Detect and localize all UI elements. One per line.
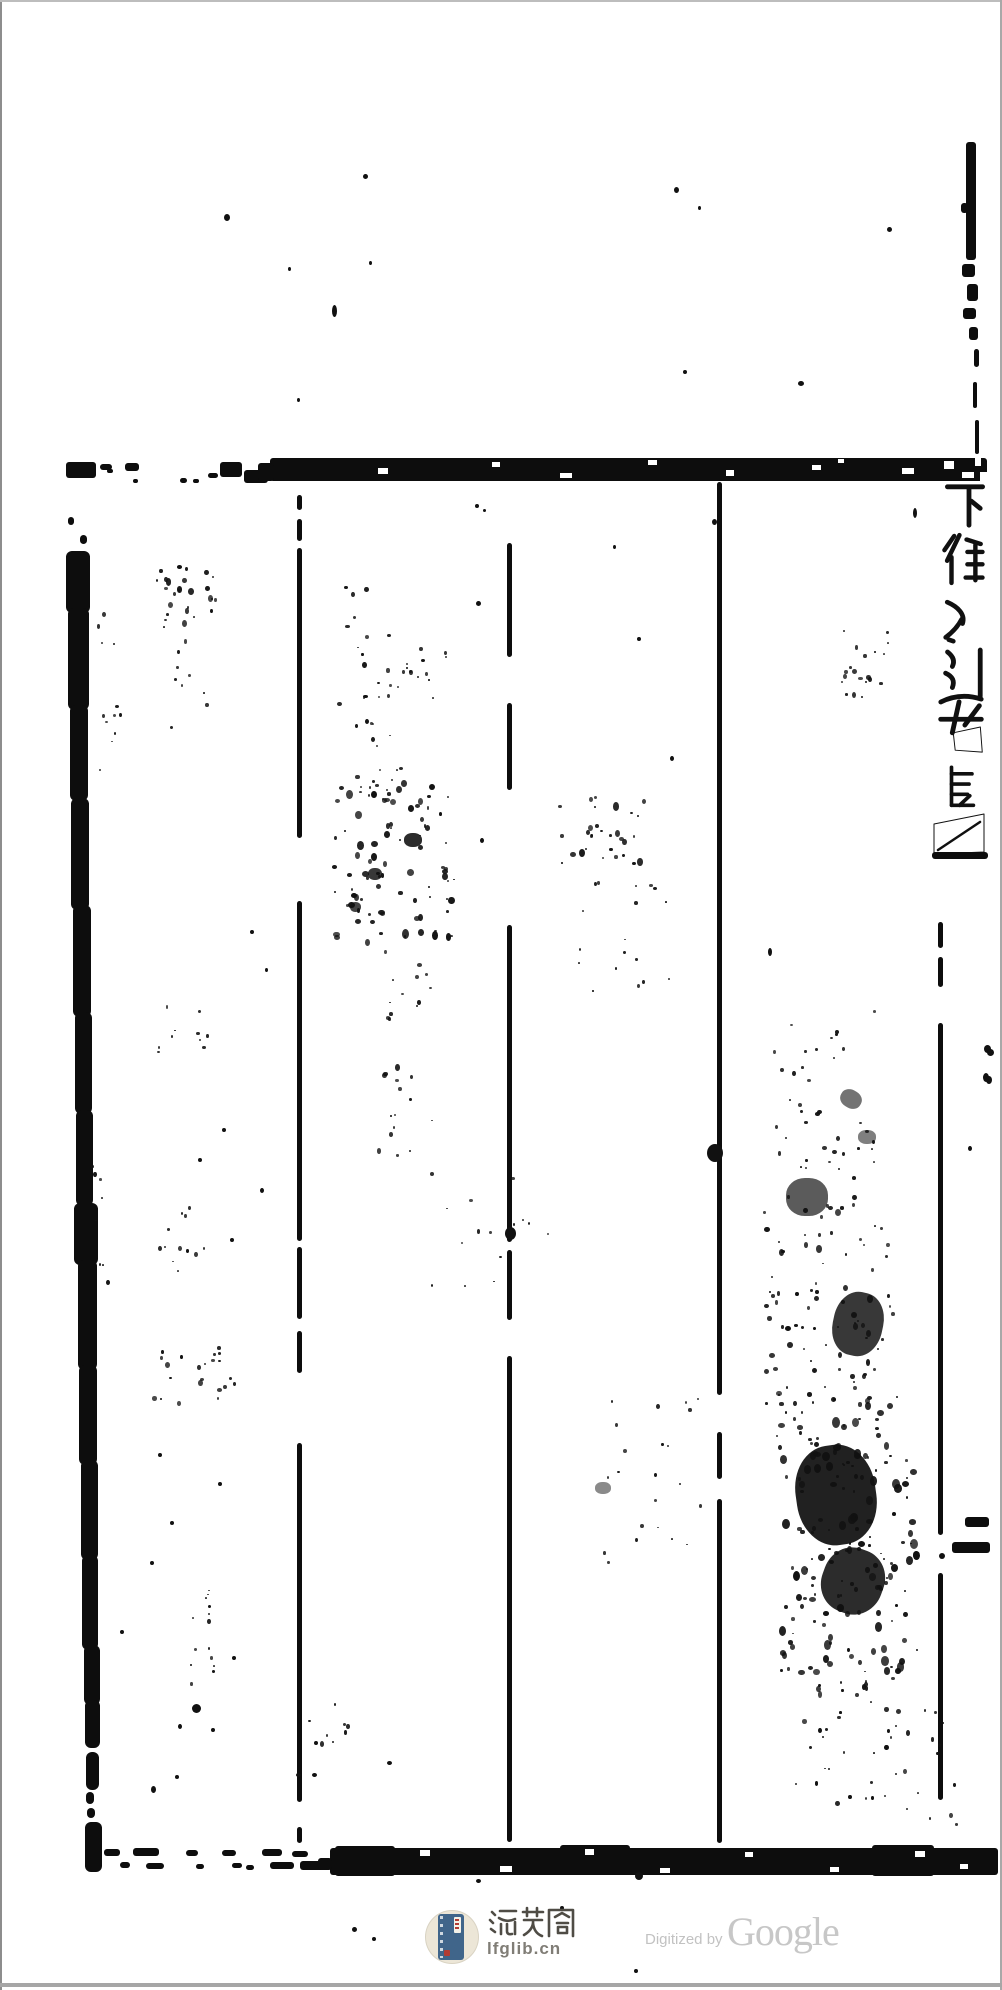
ink-speck bbox=[427, 795, 431, 798]
ink-speck bbox=[177, 1401, 181, 1406]
ink-speck bbox=[822, 1146, 827, 1150]
ink-speck bbox=[839, 1711, 842, 1714]
ink-speck bbox=[635, 1538, 638, 1542]
ink-speck bbox=[839, 1521, 846, 1530]
ink-speck bbox=[176, 666, 179, 669]
ink-speck bbox=[401, 780, 407, 787]
ink-speck bbox=[902, 1638, 907, 1643]
ink-speck bbox=[348, 902, 355, 908]
ink-speck bbox=[851, 1465, 854, 1467]
ink-speck bbox=[207, 1619, 211, 1624]
ink-speck bbox=[888, 1573, 893, 1580]
ink-speck bbox=[428, 886, 430, 888]
ink-speck bbox=[217, 1346, 221, 1350]
ink-speck bbox=[513, 1223, 515, 1226]
ink-speck bbox=[884, 1442, 889, 1450]
ink-blotch bbox=[837, 1086, 865, 1113]
ink-speck bbox=[406, 663, 408, 665]
ink-speck bbox=[804, 1465, 811, 1474]
ink-speck bbox=[190, 1664, 192, 1666]
column-rule-segment bbox=[297, 1331, 302, 1373]
ink-speck bbox=[877, 1410, 884, 1416]
google-wordmark: Google bbox=[727, 1908, 839, 1955]
ink-speck bbox=[699, 1504, 702, 1508]
ink-speck bbox=[188, 1206, 191, 1210]
table-top-border-fragment bbox=[133, 479, 138, 483]
ink-speck bbox=[413, 898, 417, 903]
ink-speck bbox=[158, 1453, 162, 1457]
ink-speck bbox=[164, 1246, 166, 1248]
table-bottom-border-fragment bbox=[133, 1848, 159, 1856]
ink-speck bbox=[861, 696, 863, 698]
ink-speck bbox=[177, 1270, 179, 1272]
ink-speck bbox=[600, 830, 603, 832]
ink-speck bbox=[97, 624, 100, 629]
ink-speck bbox=[810, 1289, 813, 1292]
ink-speck bbox=[355, 811, 362, 819]
ink-speck bbox=[160, 1356, 163, 1360]
table-bottom-border-nick bbox=[660, 1868, 670, 1873]
ink-speck bbox=[698, 206, 701, 210]
ink-speck bbox=[229, 1377, 232, 1380]
ink-speck bbox=[592, 990, 594, 992]
ink-speck bbox=[184, 1214, 187, 1218]
ink-speck bbox=[778, 1151, 781, 1156]
ink-speck bbox=[895, 1725, 897, 1727]
table-bottom-border-fragment bbox=[222, 1850, 236, 1856]
column-rule-segment bbox=[297, 1443, 302, 1802]
google-digitized-by-text: Digitized by bbox=[645, 1931, 723, 1948]
ink-speck bbox=[854, 1453, 861, 1459]
ink-speck bbox=[859, 1238, 862, 1241]
scan-edge-bottom bbox=[0, 1983, 1002, 1987]
ink-speck bbox=[376, 745, 378, 747]
ink-speck bbox=[326, 1734, 328, 1737]
ink-speck bbox=[194, 1252, 198, 1257]
ink-speck bbox=[949, 1813, 953, 1818]
ink-speck bbox=[158, 1246, 162, 1251]
ink-speck bbox=[166, 1005, 168, 1009]
ink-speck bbox=[815, 1048, 818, 1051]
ink-speck bbox=[908, 1530, 913, 1537]
ink-speck bbox=[787, 1195, 790, 1199]
ink-speck bbox=[170, 1521, 174, 1525]
ink-speck bbox=[913, 508, 917, 518]
ink-speck bbox=[863, 1244, 865, 1246]
ink-speck bbox=[835, 1033, 838, 1036]
ink-speck bbox=[811, 1558, 813, 1560]
ink-speck bbox=[113, 714, 116, 717]
ink-speck bbox=[679, 1483, 681, 1485]
table-top-border-nick bbox=[902, 468, 914, 474]
ink-speck bbox=[800, 1530, 805, 1534]
ink-speck bbox=[794, 1324, 798, 1327]
ink-speck bbox=[832, 1150, 837, 1154]
ink-speck bbox=[801, 1326, 804, 1329]
ink-speck bbox=[833, 1398, 836, 1401]
ink-speck bbox=[211, 1359, 215, 1362]
column-rule-segment bbox=[297, 495, 302, 510]
ink-speck bbox=[807, 1306, 810, 1310]
ink-speck bbox=[611, 1400, 613, 1403]
table-bottom-border-fragment bbox=[232, 1863, 242, 1868]
ink-speck bbox=[387, 694, 390, 698]
ink-speck bbox=[431, 1284, 433, 1287]
ink-speck bbox=[159, 569, 163, 573]
ink-speck bbox=[594, 806, 596, 808]
right-edge-fragment bbox=[963, 308, 976, 319]
ink-speck bbox=[667, 1445, 669, 1447]
ink-speck bbox=[853, 1381, 855, 1383]
ink-speck bbox=[850, 1374, 855, 1379]
right-edge-fragment bbox=[974, 349, 979, 367]
ink-speck bbox=[312, 1773, 317, 1777]
ink-speck bbox=[265, 968, 268, 972]
ink-speck bbox=[442, 873, 448, 880]
ink-speck bbox=[202, 1046, 206, 1049]
ink-speck bbox=[642, 980, 645, 984]
ink-speck bbox=[594, 882, 597, 886]
ink-speck bbox=[389, 735, 391, 736]
ink-speck bbox=[798, 1103, 802, 1107]
table-top-border-nick bbox=[944, 461, 954, 469]
ink-speck bbox=[825, 1728, 828, 1731]
ink-speck bbox=[782, 1519, 790, 1529]
ink-speck bbox=[871, 1796, 874, 1800]
ink-speck bbox=[910, 1539, 918, 1549]
ink-speck bbox=[208, 1647, 210, 1650]
ink-speck bbox=[822, 1263, 824, 1264]
ink-speck bbox=[797, 1527, 802, 1531]
ink-speck bbox=[874, 651, 876, 653]
ink-speck bbox=[780, 1455, 787, 1464]
ink-speck bbox=[852, 1195, 857, 1200]
ink-speck bbox=[873, 1752, 875, 1754]
ink-speck bbox=[868, 677, 872, 682]
ink-speck bbox=[843, 674, 847, 679]
table-left-border-segment bbox=[71, 798, 89, 910]
ink-speck bbox=[364, 587, 369, 592]
partial-character-glyph-往 bbox=[940, 532, 986, 586]
ink-speck bbox=[785, 1326, 791, 1331]
black-wedge-mark bbox=[932, 812, 986, 856]
ink-speck bbox=[175, 1775, 179, 1779]
ink-speck bbox=[842, 1463, 844, 1465]
ink-speck bbox=[198, 1158, 202, 1162]
ink-speck bbox=[769, 1291, 771, 1293]
ink-speck bbox=[764, 1227, 770, 1232]
ink-speck bbox=[633, 835, 635, 838]
ink-speck bbox=[106, 1280, 110, 1285]
ink-speck bbox=[859, 1122, 862, 1124]
ink-speck bbox=[822, 1736, 824, 1738]
ink-speck bbox=[897, 1662, 904, 1672]
table-top-border-nick bbox=[812, 465, 821, 470]
ink-speck bbox=[653, 887, 657, 890]
ink-speck bbox=[887, 1294, 890, 1298]
ink-speck bbox=[906, 1808, 908, 1810]
ink-speck bbox=[889, 1455, 892, 1457]
ink-speck bbox=[895, 1773, 897, 1775]
ink-speck bbox=[396, 769, 398, 771]
table-top-border-nick bbox=[648, 460, 657, 465]
table-left-border-segment bbox=[74, 1203, 98, 1265]
ink-speck bbox=[427, 806, 429, 810]
ink-speck bbox=[211, 1728, 215, 1732]
ink-speck bbox=[767, 1316, 772, 1321]
ink-speck bbox=[828, 1634, 833, 1641]
ink-speck bbox=[828, 1768, 830, 1770]
ink-speck bbox=[865, 1567, 870, 1573]
column-rule-segment bbox=[507, 1356, 512, 1842]
ink-speck bbox=[210, 609, 213, 613]
ink-speck bbox=[902, 1481, 909, 1487]
ink-speck bbox=[347, 873, 352, 877]
ink-speck bbox=[854, 1587, 858, 1592]
ink-speck bbox=[389, 1002, 391, 1003]
ink-speck bbox=[359, 791, 362, 793]
ink-speck bbox=[840, 1681, 842, 1684]
ink-speck bbox=[845, 1253, 847, 1256]
ink-speck bbox=[398, 891, 403, 895]
ink-speck bbox=[799, 1431, 802, 1435]
ink-speck bbox=[866, 1359, 870, 1366]
ink-speck bbox=[386, 668, 390, 673]
ink-speck bbox=[809, 1746, 812, 1749]
table-top-border-nick bbox=[492, 462, 500, 467]
ink-speck bbox=[891, 1677, 895, 1680]
ink-speck bbox=[585, 848, 587, 850]
partial-character-glyph-下 bbox=[944, 482, 986, 530]
ink-speck bbox=[417, 1000, 421, 1005]
ink-speck bbox=[210, 1656, 213, 1660]
table-left-border-segment bbox=[85, 1822, 102, 1872]
ink-speck bbox=[884, 1745, 889, 1750]
ink-blotch bbox=[827, 1288, 889, 1361]
ink-speck bbox=[841, 1580, 843, 1582]
column-rule-segment bbox=[938, 1023, 943, 1535]
ink-speck bbox=[876, 1433, 881, 1438]
ink-speck bbox=[164, 587, 168, 590]
ink-speck bbox=[570, 852, 576, 857]
ink-speck bbox=[686, 1544, 688, 1545]
ink-speck bbox=[250, 930, 254, 934]
ink-speck bbox=[365, 939, 370, 946]
ink-speck bbox=[670, 756, 674, 761]
ink-speck bbox=[475, 504, 479, 508]
ink-speck bbox=[855, 1693, 859, 1697]
ink-speck bbox=[397, 686, 399, 688]
ink-speck bbox=[889, 1305, 891, 1308]
ink-speck bbox=[199, 1039, 201, 1041]
ink-speck bbox=[813, 1669, 820, 1675]
ink-speck bbox=[217, 1397, 219, 1400]
ink-speck bbox=[418, 929, 424, 936]
ink-speck bbox=[804, 1234, 806, 1236]
ink-speck bbox=[204, 570, 209, 575]
ink-speck bbox=[409, 1150, 411, 1152]
ink-speck bbox=[786, 1386, 788, 1389]
ink-speck bbox=[895, 1604, 898, 1607]
ink-speck bbox=[792, 1071, 796, 1076]
ink-speck bbox=[769, 1353, 775, 1358]
ink-speck bbox=[169, 1377, 172, 1379]
ink-speck bbox=[419, 835, 421, 836]
partial-character-glyph-者 bbox=[934, 698, 988, 756]
ink-speck bbox=[905, 1459, 908, 1462]
ink-speck bbox=[334, 1703, 336, 1706]
ink-speck bbox=[419, 647, 423, 651]
ink-speck bbox=[811, 1576, 816, 1580]
ink-speck bbox=[344, 1730, 347, 1735]
ink-speck bbox=[230, 1238, 234, 1242]
ink-speck bbox=[896, 1709, 901, 1714]
ink-speck bbox=[785, 1411, 787, 1414]
ink-speck bbox=[115, 705, 119, 708]
ink-speck bbox=[178, 1724, 182, 1729]
ink-speck bbox=[936, 1752, 939, 1755]
ink-speck bbox=[260, 1188, 264, 1193]
ink-speck bbox=[787, 1342, 793, 1348]
ink-speck bbox=[414, 916, 420, 921]
column-rule-segment bbox=[297, 901, 302, 1241]
ink-speck bbox=[164, 619, 167, 621]
ink-speck bbox=[181, 684, 183, 687]
ink-speck bbox=[873, 1010, 876, 1013]
ink-blotch bbox=[595, 1482, 611, 1494]
ink-speck bbox=[886, 1243, 890, 1247]
ink-speck bbox=[771, 1276, 773, 1278]
book-title-label bbox=[454, 1917, 461, 1933]
ink-speck bbox=[416, 1005, 418, 1007]
ink-speck bbox=[166, 613, 169, 616]
ink-speck bbox=[561, 862, 563, 864]
ink-speck bbox=[871, 1268, 874, 1272]
ink-speck bbox=[623, 1449, 627, 1453]
ink-speck bbox=[382, 798, 384, 800]
ink-speck bbox=[384, 950, 387, 954]
table-top-border-nick bbox=[838, 459, 844, 463]
ink-speck bbox=[185, 567, 188, 571]
ink-speck bbox=[334, 891, 336, 893]
ink-speck bbox=[180, 1355, 183, 1359]
ink-speck bbox=[99, 769, 101, 771]
ink-speck bbox=[838, 1168, 840, 1170]
ink-speck bbox=[389, 1012, 393, 1016]
ink-speck bbox=[778, 1445, 782, 1450]
ink-speck bbox=[805, 1159, 808, 1162]
ink-speck bbox=[804, 1242, 808, 1248]
ink-speck bbox=[858, 677, 863, 680]
ink-speck bbox=[887, 1729, 890, 1733]
ink-speck bbox=[875, 1585, 880, 1590]
ink-speck bbox=[489, 1231, 492, 1234]
ink-speck bbox=[814, 1442, 819, 1447]
column-rule-segment bbox=[717, 482, 722, 1395]
ink-speck bbox=[308, 1720, 311, 1722]
ink-speck bbox=[891, 1620, 893, 1622]
ink-speck bbox=[942, 1722, 944, 1724]
ink-speck bbox=[589, 797, 593, 802]
ink-speck bbox=[402, 670, 405, 674]
ink-speck bbox=[843, 1751, 845, 1754]
ink-speck bbox=[866, 1519, 873, 1524]
ink-speck bbox=[445, 656, 447, 658]
ink-speck bbox=[649, 884, 653, 887]
ink-speck bbox=[808, 1666, 813, 1670]
ink-speck bbox=[803, 1597, 807, 1600]
ink-speck bbox=[499, 1256, 502, 1258]
ink-speck bbox=[522, 1219, 524, 1221]
ink-speck bbox=[415, 975, 419, 979]
ink-speck bbox=[887, 1403, 893, 1409]
ink-speck bbox=[793, 1571, 800, 1581]
ink-speck bbox=[805, 1167, 807, 1169]
ink-speck bbox=[369, 786, 371, 789]
ink-speck bbox=[929, 1817, 931, 1820]
ink-speck bbox=[198, 1010, 201, 1013]
scan-edge-top bbox=[0, 0, 1002, 2]
ink-speck bbox=[635, 885, 637, 887]
right-edge-fragment bbox=[975, 420, 979, 454]
ink-speck bbox=[798, 1670, 805, 1675]
ink-speck bbox=[218, 1352, 221, 1355]
ink-speck bbox=[906, 1730, 910, 1736]
ink-speck bbox=[873, 1368, 876, 1371]
table-bottom-border-nick bbox=[915, 1851, 925, 1857]
ink-speck bbox=[417, 676, 419, 678]
ink-speck bbox=[156, 579, 158, 582]
ink-speck bbox=[430, 1172, 434, 1176]
ink-speck bbox=[812, 1368, 817, 1373]
ink-speck bbox=[102, 1264, 104, 1266]
ink-speck bbox=[206, 1034, 209, 1038]
ink-speck bbox=[875, 1469, 877, 1472]
ink-speck bbox=[232, 1656, 236, 1660]
ink-speck bbox=[363, 174, 368, 179]
ink-speck bbox=[429, 896, 431, 898]
ink-speck bbox=[217, 1388, 222, 1392]
ink-speck bbox=[776, 1435, 778, 1437]
ink-speck bbox=[764, 1369, 769, 1374]
ink-speck bbox=[849, 666, 852, 669]
right-margin-tick bbox=[939, 1553, 945, 1559]
ink-speck bbox=[847, 1648, 850, 1652]
ink-speck bbox=[178, 589, 180, 592]
ink-speck bbox=[862, 1374, 866, 1379]
ink-speck bbox=[622, 854, 625, 857]
ink-speck bbox=[476, 1879, 481, 1883]
ink-speck bbox=[446, 910, 449, 913]
ink-speck bbox=[853, 1386, 857, 1390]
ink-speck bbox=[353, 616, 356, 619]
ink-speck bbox=[101, 642, 103, 644]
ink-speck bbox=[836, 1443, 841, 1449]
ink-speck bbox=[320, 1741, 324, 1747]
ink-speck bbox=[879, 682, 883, 685]
ink-speck bbox=[654, 1473, 657, 1477]
ink-speck bbox=[934, 1711, 937, 1714]
ink-speck bbox=[775, 1300, 778, 1305]
ink-speck bbox=[841, 1689, 844, 1692]
ink-speck bbox=[665, 901, 667, 903]
table-top-border-fragment bbox=[220, 462, 242, 477]
ink-speck bbox=[884, 1461, 888, 1464]
ink-speck bbox=[634, 1969, 638, 1973]
table-left-border-segment bbox=[86, 1792, 94, 1804]
ink-speck bbox=[875, 1622, 882, 1632]
ink-speck bbox=[196, 1032, 200, 1035]
